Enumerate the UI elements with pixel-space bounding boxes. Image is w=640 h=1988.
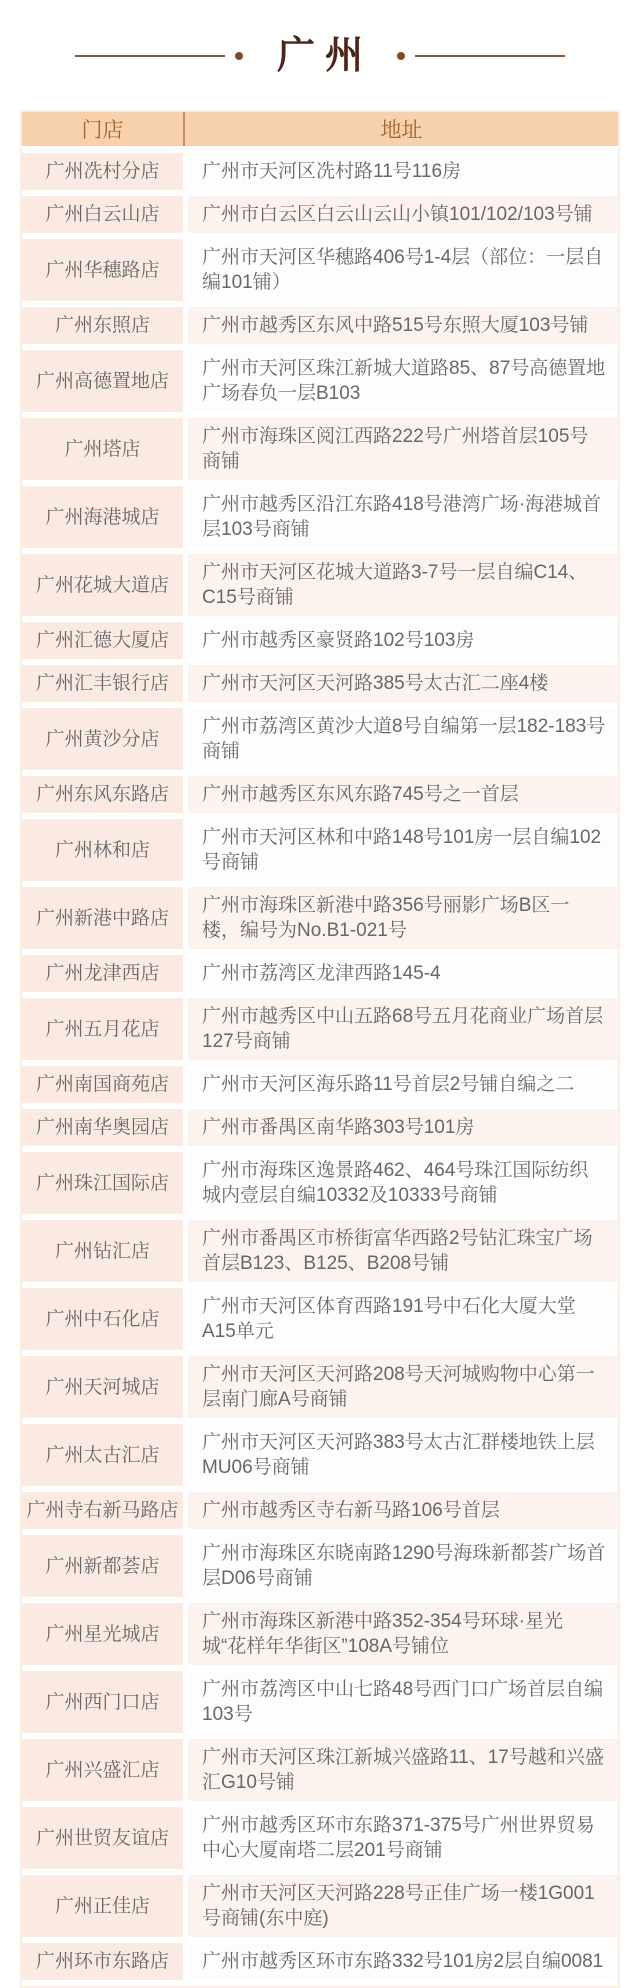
address-cell: 广州市海珠区逸景路462、464号珠江国际纺织城内壹层自编10332及10333… [188,1152,618,1214]
address-cell: 广州市天河区天河路228号正佳广场一楼1G001号商铺(东中庭) [188,1875,618,1937]
table-row: 广州高德置地店广州市天河区珠江新城大道路85、87号高德置地广场春负一层B103 [22,350,618,412]
title-divider-right-line [415,55,565,57]
address-cell: 广州市白云区白云山云山小镇101/102/103号铺 [188,196,618,233]
address-cell: 广州市天河区天河路208号天河城购物中心第一层南门廊A号商铺 [188,1356,618,1418]
store-name-cell: 广州钻汇店 [22,1220,183,1282]
address-text: 广州市天河区花城大道路3-7号一层自编C14、C15号商铺 [202,560,606,610]
store-name-cell: 广州塔店 [22,418,183,480]
table-row: 广州汇丰银行店广州市天河区天河路385号太古汇二座4楼 [22,665,618,702]
table-row: 广州海港城店广州市越秀区沿江东路418号港湾广场·海港城首层103号商铺 [22,486,618,548]
address-text: 广州市番禺区市桥街富华西路2号钻汇珠宝广场首层B123、B125、B208号铺 [202,1226,606,1276]
table-row: 广州冼村分店广州市天河区冼村路11号116房 [22,153,618,190]
address-column-header: 地址 [185,112,618,146]
address-text: 广州市天河区林和中路148号101房一层自编102号商铺 [202,825,606,875]
table-row: 广州南国商苑店广州市天河区海乐路11号首层2号铺自编之二 [22,1066,618,1103]
store-name-cell: 广州南华奥园店 [22,1109,183,1146]
table-row: 广州寺右新马路店广州市越秀区寺右新马路106号首层 [22,1492,618,1529]
address-text: 广州市越秀区东风中路515号东照大厦103号铺 [202,313,588,338]
store-name-cell: 广州新都荟店 [22,1535,183,1597]
title-divider-left-dot-icon [235,52,243,60]
address-text: 广州市荔湾区中山七路48号西门口广场首层自编103号 [202,1677,606,1727]
address-text: 广州市白云区白云山云山小镇101/102/103号铺 [202,202,593,227]
address-text: 广州市海珠区阅江西路222号广州塔首层105号商铺 [202,424,606,474]
address-cell: 广州市越秀区寺右新马路106号首层 [188,1492,618,1529]
address-cell: 广州市天河区冼村路11号116房 [188,153,618,190]
address-cell: 广州市海珠区新港中路356号丽影广场B区一楼，编号为No.B1-021号 [188,887,618,949]
table-row: 广州南华奥园店广州市番禺区南华路303号101房 [22,1109,618,1146]
address-cell: 广州市越秀区环市东路332号101房2层自编0081 [188,1943,618,1980]
address-text: 广州市天河区海乐路11号首层2号铺自编之二 [202,1072,574,1097]
store-name-cell: 广州汇德大厦店 [22,622,183,659]
store-name-cell: 广州星光城店 [22,1603,183,1665]
store-name-cell: 广州兴盛汇店 [22,1739,183,1801]
address-cell: 广州市天河区珠江新城兴盛路11、17号越和兴盛汇G10号铺 [188,1739,618,1801]
page-title-row: 广州 [0,30,640,82]
store-name-cell: 广州冼村分店 [22,153,183,190]
store-address-table: 门店 地址 广州冼村分店广州市天河区冼村路11号116房广州白云山店广州市白云区… [20,110,620,1988]
address-cell: 广州市越秀区东风东路745号之一首层 [188,776,618,813]
address-cell: 广州市荔湾区龙津西路145-4 [188,955,618,992]
address-text: 广州市越秀区沿江东路418号港湾广场·海港城首层103号商铺 [202,492,606,542]
address-text: 广州市荔湾区黄沙大道8号自编第一层182-183号商铺 [202,714,606,764]
table-row: 广州环市东路店广州市越秀区环市东路332号101房2层自编0081 [22,1943,618,1980]
store-name-cell: 广州西门口店 [22,1671,183,1733]
address-cell: 广州市天河区天河路385号太古汇二座4楼 [188,665,618,702]
address-cell: 广州市荔湾区黄沙大道8号自编第一层182-183号商铺 [188,708,618,770]
table-row: 广州兴盛汇店广州市天河区珠江新城兴盛路11、17号越和兴盛汇G10号铺 [22,1739,618,1801]
table-row: 广州林和店广州市天河区林和中路148号101房一层自编102号商铺 [22,819,618,881]
address-cell: 广州市天河区天河路383号太古汇群楼地铁上层MU06号商铺 [188,1424,618,1486]
address-text: 广州市海珠区新港中路352-354号环球·星光城“花样年华街区”108A号铺位 [202,1609,606,1659]
table-row: 广州钻汇店广州市番禺区市桥街富华西路2号钻汇珠宝广场首层B123、B125、B2… [22,1220,618,1282]
table-row: 广州天河城店广州市天河区天河路208号天河城购物中心第一层南门廊A号商铺 [22,1356,618,1418]
address-text: 广州市天河区体育西路191号中石化大厦大堂A15单元 [202,1294,606,1344]
store-name-cell: 广州中石化店 [22,1288,183,1350]
address-cell: 广州市天河区华穗路406号1-4层（部位：一层自编101铺） [188,239,618,301]
table-row: 广州珠江国际店广州市海珠区逸景路462、464号珠江国际纺织城内壹层自编1033… [22,1152,618,1214]
address-text: 广州市天河区珠江新城大道路85、87号高德置地广场春负一层B103 [202,356,606,406]
store-name-cell: 广州新港中路店 [22,887,183,949]
store-name-cell: 广州东风东路店 [22,776,183,813]
address-cell: 广州市越秀区东风中路515号东照大厦103号铺 [188,307,618,344]
table-row: 广州五月花店广州市越秀区中山五路68号五月花商业广场首层127号商铺 [22,998,618,1060]
address-cell: 广州市天河区珠江新城大道路85、87号高德置地广场春负一层B103 [188,350,618,412]
title-divider-right-dot-icon [397,52,405,60]
store-name-cell: 广州白云山店 [22,196,183,233]
address-cell: 广州市天河区体育西路191号中石化大厦大堂A15单元 [188,1288,618,1350]
table-row: 广州东风东路店广州市越秀区东风东路745号之一首层 [22,776,618,813]
store-name-cell: 广州寺右新马路店 [22,1492,183,1529]
address-text: 广州市天河区天河路208号天河城购物中心第一层南门廊A号商铺 [202,1362,606,1412]
address-cell: 广州市海珠区阅江西路222号广州塔首层105号商铺 [188,418,618,480]
store-column-header: 门店 [22,112,183,146]
store-name-cell: 广州世贸友谊店 [22,1807,183,1869]
address-cell: 广州市越秀区环市东路371-375号广州世界贸易中心大厦南塔二层201号商铺 [188,1807,618,1869]
table-body: 广州冼村分店广州市天河区冼村路11号116房广州白云山店广州市白云区白云山云山小… [22,153,618,1980]
address-text: 广州市海珠区新港中路356号丽影广场B区一楼，编号为No.B1-021号 [202,893,606,943]
table-row: 广州新港中路店广州市海珠区新港中路356号丽影广场B区一楼，编号为No.B1-0… [22,887,618,949]
table-row: 广州花城大道店广州市天河区花城大道路3-7号一层自编C14、C15号商铺 [22,554,618,616]
store-name-cell: 广州花城大道店 [22,554,183,616]
table-header-row: 门店 地址 [22,112,618,146]
store-name-cell: 广州高德置地店 [22,350,183,412]
store-name-cell: 广州珠江国际店 [22,1152,183,1214]
table-row: 广州塔店广州市海珠区阅江西路222号广州塔首层105号商铺 [22,418,618,480]
address-text: 广州市越秀区环市东路332号101房2层自编0081 [202,1949,603,1974]
address-text: 广州市越秀区豪贤路102号103房 [202,628,474,653]
table-row: 广州华穗路店广州市天河区华穗路406号1-4层（部位：一层自编101铺） [22,239,618,301]
address-text: 广州市越秀区环市东路371-375号广州世界贸易中心大厦南塔二层201号商铺 [202,1813,606,1863]
address-cell: 广州市天河区林和中路148号101房一层自编102号商铺 [188,819,618,881]
table-row: 广州世贸友谊店广州市越秀区环市东路371-375号广州世界贸易中心大厦南塔二层2… [22,1807,618,1869]
table-row: 广州东照店广州市越秀区东风中路515号东照大厦103号铺 [22,307,618,344]
page-title: 广州 [277,37,373,75]
address-text: 广州市海珠区东晓南路1290号海珠新都荟广场首层D06号商铺 [202,1541,606,1591]
store-list-page: 广州 门店 地址 广州冼村分店广州市天河区冼村路11号116房广州白云山店广州市… [0,0,640,1988]
address-cell: 广州市番禺区市桥街富华西路2号钻汇珠宝广场首层B123、B125、B208号铺 [188,1220,618,1282]
table-row: 广州龙津西店广州市荔湾区龙津西路145-4 [22,955,618,992]
table-row: 广州新都荟店广州市海珠区东晓南路1290号海珠新都荟广场首层D06号商铺 [22,1535,618,1597]
address-cell: 广州市海珠区东晓南路1290号海珠新都荟广场首层D06号商铺 [188,1535,618,1597]
address-text: 广州市天河区天河路385号太古汇二座4楼 [202,671,548,696]
store-name-cell: 广州黄沙分店 [22,708,183,770]
store-name-cell: 广州五月花店 [22,998,183,1060]
table-row: 广州星光城店广州市海珠区新港中路352-354号环球·星光城“花样年华街区”10… [22,1603,618,1665]
store-name-cell: 广州太古汇店 [22,1424,183,1486]
address-cell: 广州市越秀区豪贤路102号103房 [188,622,618,659]
address-cell: 广州市荔湾区中山七路48号西门口广场首层自编103号 [188,1671,618,1733]
store-name-cell: 广州海港城店 [22,486,183,548]
address-text: 广州市天河区华穗路406号1-4层（部位：一层自编101铺） [202,245,606,295]
address-cell: 广州市天河区海乐路11号首层2号铺自编之二 [188,1066,618,1103]
address-cell: 广州市越秀区中山五路68号五月花商业广场首层127号商铺 [188,998,618,1060]
store-name-cell: 广州南国商苑店 [22,1066,183,1103]
address-text: 广州市天河区冼村路11号116房 [202,159,461,184]
address-text: 广州市越秀区中山五路68号五月花商业广场首层127号商铺 [202,1004,606,1054]
table-row: 广州西门口店广州市荔湾区中山七路48号西门口广场首层自编103号 [22,1671,618,1733]
store-name-cell: 广州华穗路店 [22,239,183,301]
store-name-cell: 广州环市东路店 [22,1943,183,1980]
store-name-cell: 广州林和店 [22,819,183,881]
address-cell: 广州市越秀区沿江东路418号港湾广场·海港城首层103号商铺 [188,486,618,548]
store-name-cell: 广州龙津西店 [22,955,183,992]
address-text: 广州市天河区珠江新城兴盛路11、17号越和兴盛汇G10号铺 [202,1745,606,1795]
address-text: 广州市番禺区南华路303号101房 [202,1115,474,1140]
address-text: 广州市海珠区逸景路462、464号珠江国际纺织城内壹层自编10332及10333… [202,1158,606,1208]
store-name-cell: 广州东照店 [22,307,183,344]
table-row: 广州中石化店广州市天河区体育西路191号中石化大厦大堂A15单元 [22,1288,618,1350]
title-divider-left-line [75,55,225,57]
table-row: 广州太古汇店广州市天河区天河路383号太古汇群楼地铁上层MU06号商铺 [22,1424,618,1486]
address-text: 广州市越秀区寺右新马路106号首层 [202,1498,500,1523]
address-text: 广州市天河区天河路228号正佳广场一楼1G001号商铺(东中庭) [202,1881,606,1931]
table-row: 广州正佳店广州市天河区天河路228号正佳广场一楼1G001号商铺(东中庭) [22,1875,618,1937]
address-cell: 广州市海珠区新港中路352-354号环球·星光城“花样年华街区”108A号铺位 [188,1603,618,1665]
table-row: 广州白云山店广州市白云区白云山云山小镇101/102/103号铺 [22,196,618,233]
store-name-cell: 广州天河城店 [22,1356,183,1418]
address-cell: 广州市天河区花城大道路3-7号一层自编C14、C15号商铺 [188,554,618,616]
address-text: 广州市越秀区东风东路745号之一首层 [202,782,519,807]
address-text: 广州市荔湾区龙津西路145-4 [202,961,441,986]
store-name-cell: 广州汇丰银行店 [22,665,183,702]
table-row: 广州黄沙分店广州市荔湾区黄沙大道8号自编第一层182-183号商铺 [22,708,618,770]
table-row: 广州汇德大厦店广州市越秀区豪贤路102号103房 [22,622,618,659]
store-name-cell: 广州正佳店 [22,1875,183,1937]
address-cell: 广州市番禺区南华路303号101房 [188,1109,618,1146]
address-text: 广州市天河区天河路383号太古汇群楼地铁上层MU06号商铺 [202,1430,606,1480]
